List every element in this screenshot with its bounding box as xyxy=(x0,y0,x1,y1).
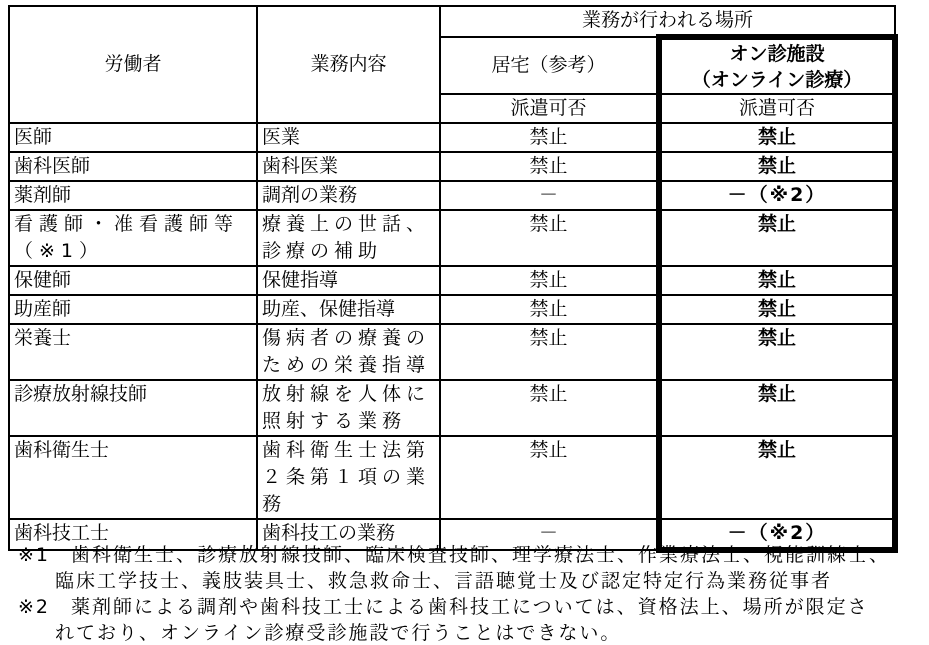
document-page: 労働者 業務内容 業務が行われる場所 居宅（参考） オン診施設 （オンライン診療… xyxy=(0,0,929,645)
online-permission-cell: 禁止 xyxy=(659,295,895,324)
home-permission-cell: 禁止 xyxy=(440,266,659,295)
col-header-home-dispatch: 派遣可否 xyxy=(440,94,659,123)
footnote-line: 臨床工学技士、義肢装具士、救急救命士、言語聴覚士及び認定特定行為業務従事者 xyxy=(18,568,918,594)
duty-cell: 医業 xyxy=(257,123,440,152)
table-row: 歯科医師 歯科医業 禁止 禁止 xyxy=(9,152,895,181)
online-permission-cell: 禁止 xyxy=(659,436,895,519)
online-permission-cell: －（※2） xyxy=(659,181,895,210)
duty-cell: 放射線を人体に 照射する業務 xyxy=(257,380,440,436)
home-permission-cell: 禁止 xyxy=(440,123,659,152)
footnote-line: れており、オンライン診療受診施設で行うことはできない。 xyxy=(18,620,918,645)
worker-cell: 診療放射線技師 xyxy=(9,380,257,436)
duty-cell: 療養上の世話、 診療の補助 xyxy=(257,210,440,266)
worker-cell: 医師 xyxy=(9,123,257,152)
worker-cell: 歯科衛生士 xyxy=(9,436,257,519)
duty-cell: 調剤の業務 xyxy=(257,181,440,210)
home-permission-cell: 禁止 xyxy=(440,210,659,266)
online-permission-cell: 禁止 xyxy=(659,152,895,181)
col-header-home: 居宅（参考） xyxy=(440,37,659,94)
online-permission-cell: 禁止 xyxy=(659,266,895,295)
duty-cell: 歯科衛生士法第 ２条第１項の業 務 xyxy=(257,436,440,519)
home-permission-cell: 禁止 xyxy=(440,295,659,324)
worker-cell: 薬剤師 xyxy=(9,181,257,210)
table-row: 助産師 助産、保健指導 禁止 禁止 xyxy=(9,295,895,324)
col-header-online-dispatch: 派遣可否 xyxy=(659,94,895,123)
duty-cell: 保健指導 xyxy=(257,266,440,295)
table-row: 医師 医業 禁止 禁止 xyxy=(9,123,895,152)
dispatch-permission-table: 労働者 業務内容 業務が行われる場所 居宅（参考） オン診施設 （オンライン診療… xyxy=(8,5,898,553)
worker-cell: 助産師 xyxy=(9,295,257,324)
col-header-place: 業務が行われる場所 xyxy=(440,6,895,37)
col-header-online-facility: オン診施設 （オンライン診療） xyxy=(659,37,895,94)
worker-cell: 看護師・准看護師等 （※1） xyxy=(9,210,257,266)
home-permission-cell: － xyxy=(440,181,659,210)
table-row: 診療放射線技師 放射線を人体に 照射する業務 禁止 禁止 xyxy=(9,380,895,436)
table-row: 薬剤師 調剤の業務 － －（※2） xyxy=(9,181,895,210)
table-row: 保健師 保健指導 禁止 禁止 xyxy=(9,266,895,295)
footnote-line: ※2 薬剤師による調剤や歯科技工士による歯科技工については、資格法上、場所が限定… xyxy=(18,594,918,620)
table-row: 看護師・准看護師等 （※1） 療養上の世話、 診療の補助 禁止 禁止 xyxy=(9,210,895,266)
duty-cell: 傷病者の療養の ための栄養指導 xyxy=(257,324,440,380)
table-row: 歯科衛生士 歯科衛生士法第 ２条第１項の業 務 禁止 禁止 xyxy=(9,436,895,519)
table-row: 栄養士 傷病者の療養の ための栄養指導 禁止 禁止 xyxy=(9,324,895,380)
online-permission-cell: 禁止 xyxy=(659,324,895,380)
duty-cell: 歯科医業 xyxy=(257,152,440,181)
col-header-worker: 労働者 xyxy=(9,6,257,123)
worker-cell: 歯科医師 xyxy=(9,152,257,181)
online-permission-cell: 禁止 xyxy=(659,380,895,436)
col-header-duty: 業務内容 xyxy=(257,6,440,123)
online-permission-cell: 禁止 xyxy=(659,123,895,152)
home-permission-cell: 禁止 xyxy=(440,380,659,436)
home-permission-cell: 禁止 xyxy=(440,436,659,519)
online-permission-cell: 禁止 xyxy=(659,210,895,266)
home-permission-cell: 禁止 xyxy=(440,152,659,181)
footnote-line: ※1 歯科衛生士、診療放射線技師、臨床検査技師、理学療法士、作業療法士、視能訓練… xyxy=(18,542,918,568)
footnotes: ※1 歯科衛生士、診療放射線技師、臨床検査技師、理学療法士、作業療法士、視能訓練… xyxy=(18,542,918,645)
worker-cell: 保健師 xyxy=(9,266,257,295)
duty-cell: 助産、保健指導 xyxy=(257,295,440,324)
home-permission-cell: 禁止 xyxy=(440,324,659,380)
worker-cell: 栄養士 xyxy=(9,324,257,380)
